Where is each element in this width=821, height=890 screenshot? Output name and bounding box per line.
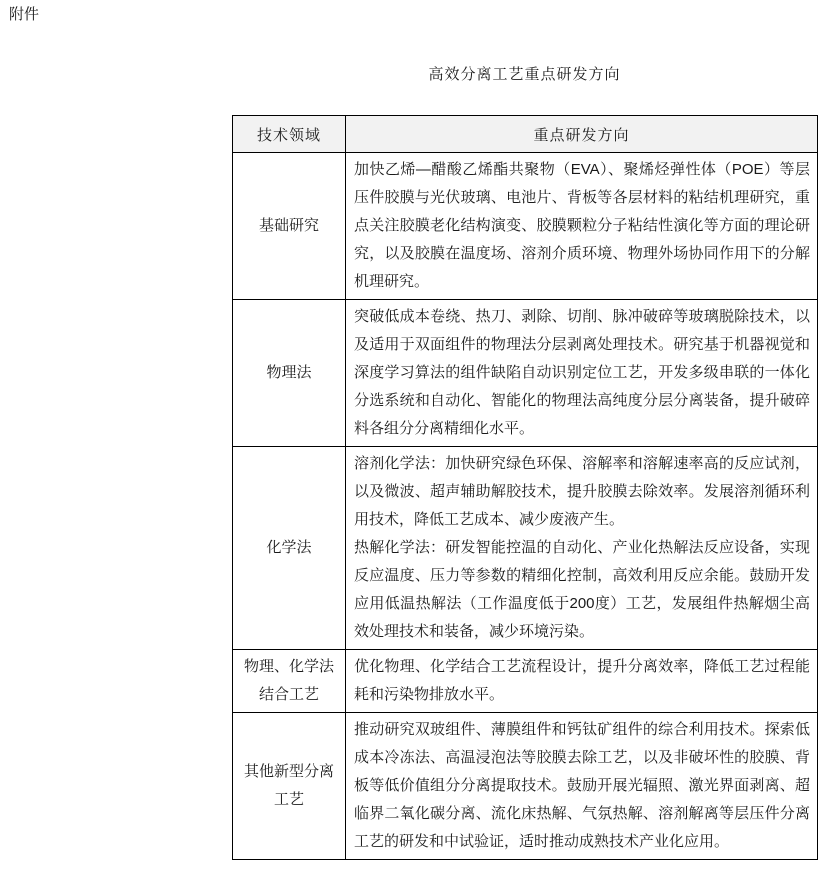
field-chemical-method: 化学法	[233, 447, 346, 650]
field-combined-process: 物理、化学法结合工艺	[233, 650, 346, 713]
content-paragraph: 突破低成本卷绕、热刀、剥除、切削、脉冲破碎等玻璃脱除技术，以及适用于双面组件的物…	[354, 303, 810, 443]
content-paragraph: 推动研究双玻组件、薄膜组件和钙钛矿组件的综合利用技术。探索低成本冷冻法、高温浸泡…	[354, 716, 810, 856]
attachment-label: 附件	[9, 5, 39, 25]
rd-directions-table: 技术领域 重点研发方向 基础研究 加快乙烯—醋酸乙烯酯共聚物（EVA）、聚烯烃弹…	[232, 115, 818, 860]
column-header-tech-field: 技术领域	[233, 116, 346, 153]
field-basic-research: 基础研究	[233, 153, 346, 300]
content-paragraph: 溶剂化学法：加快研究绿色环保、溶解率和溶解速率高的反应试剂，以及微波、超声辅助解…	[354, 450, 810, 534]
table-row: 基础研究 加快乙烯—醋酸乙烯酯共聚物（EVA）、聚烯烃弹性体（POE）等层压件胶…	[233, 153, 818, 300]
table-row: 物理、化学法结合工艺 优化物理、化学结合工艺流程设计，提升分离效率，降低工艺过程…	[233, 650, 818, 713]
content-combined-process: 优化物理、化学结合工艺流程设计，提升分离效率，降低工艺过程能耗和污染物排放水平。	[346, 650, 818, 713]
content-physical-method: 突破低成本卷绕、热刀、剥除、切削、脉冲破碎等玻璃脱除技术，以及适用于双面组件的物…	[346, 300, 818, 447]
document-title: 高效分离工艺重点研发方向	[232, 63, 817, 84]
content-basic-research: 加快乙烯—醋酸乙烯酯共聚物（EVA）、聚烯烃弹性体（POE）等层压件胶膜与光伏玻…	[346, 153, 818, 300]
field-other-new-separation: 其他新型分离工艺	[233, 713, 346, 860]
column-header-rd-direction: 重点研发方向	[346, 116, 818, 153]
field-physical-method: 物理法	[233, 300, 346, 447]
content-paragraph: 加快乙烯—醋酸乙烯酯共聚物（EVA）、聚烯烃弹性体（POE）等层压件胶膜与光伏玻…	[354, 156, 810, 296]
content-paragraph: 优化物理、化学结合工艺流程设计，提升分离效率，降低工艺过程能耗和污染物排放水平。	[354, 653, 810, 709]
content-other-new-separation: 推动研究双玻组件、薄膜组件和钙钛矿组件的综合利用技术。探索低成本冷冻法、高温浸泡…	[346, 713, 818, 860]
content-paragraph: 热解化学法：研发智能控温的自动化、产业化热解法反应设备，实现反应温度、压力等参数…	[354, 534, 810, 646]
table-row: 其他新型分离工艺 推动研究双玻组件、薄膜组件和钙钛矿组件的综合利用技术。探索低成…	[233, 713, 818, 860]
document-page: 附件 高效分离工艺重点研发方向 技术领域 重点研发方向 基础研究 加快乙烯—醋酸…	[0, 0, 821, 890]
table-header-row: 技术领域 重点研发方向	[233, 116, 818, 153]
table-row: 物理法 突破低成本卷绕、热刀、剥除、切削、脉冲破碎等玻璃脱除技术，以及适用于双面…	[233, 300, 818, 447]
content-chemical-method: 溶剂化学法：加快研究绿色环保、溶解率和溶解速率高的反应试剂，以及微波、超声辅助解…	[346, 447, 818, 650]
table-row: 化学法 溶剂化学法：加快研究绿色环保、溶解率和溶解速率高的反应试剂，以及微波、超…	[233, 447, 818, 650]
